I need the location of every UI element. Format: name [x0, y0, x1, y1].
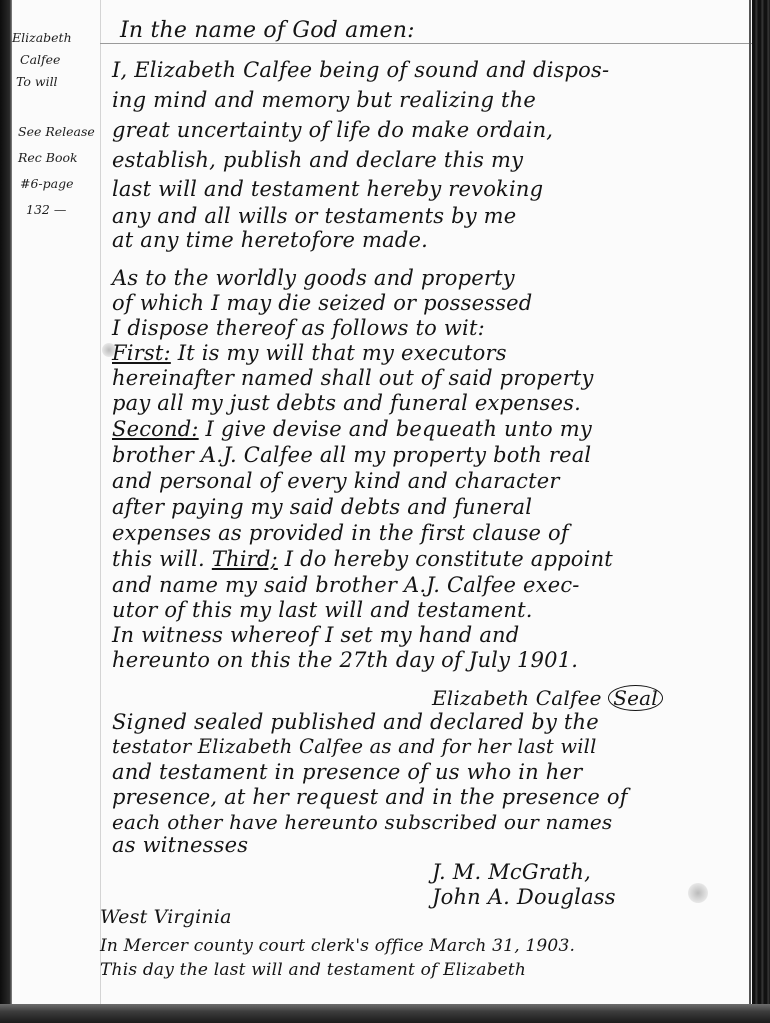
- margin-note: Calfee: [20, 52, 60, 67]
- witness-signature: John A. Douglass: [432, 885, 616, 909]
- probate-line: This day the last will and testament of …: [100, 960, 526, 980]
- attestation-line: each other have hereunto subscribed our …: [112, 810, 612, 834]
- preamble-line: at any time heretofore made.: [112, 228, 428, 252]
- body-line: expenses as provided in the first clause…: [112, 521, 569, 545]
- book-binding-right-edge: [752, 0, 770, 1023]
- margin-note: Rec Book: [18, 150, 78, 165]
- body-line: and name my said brother A.J. Calfee exe…: [112, 573, 580, 597]
- preamble-line: any and all wills or testaments by me: [112, 204, 516, 228]
- body-line-first-clause: First: It is my will that my executors: [112, 341, 507, 365]
- attestation-line: and testament in presence of us who in h…: [112, 760, 582, 784]
- body-line-second-clause: Second: I give devise and bequeath unto …: [112, 417, 592, 441]
- book-binding-left-edge: [0, 0, 12, 1005]
- margin-note: See Release: [18, 124, 95, 139]
- body-line: I dispose thereof as follows to wit:: [112, 316, 485, 340]
- clause-label-first: First:: [112, 341, 171, 365]
- body-line: hereunto on this the 27th day of July 19…: [112, 648, 578, 672]
- body-line-third-clause: this will. Third; I do hereby constitute…: [112, 547, 613, 571]
- seal-mark: Seal: [608, 685, 663, 711]
- page-smudge: [688, 883, 708, 903]
- ledger-page: Elizabeth Calfee To will See Release Rec…: [12, 0, 752, 1005]
- witness-signature: J. M. McGrath,: [432, 860, 591, 884]
- margin-note: #6-page: [20, 176, 74, 191]
- attestation-line: Signed sealed published and declared by …: [112, 710, 599, 734]
- body-line: In witness whereof I set my hand and: [112, 623, 519, 647]
- body-line: brother A.J. Calfee all my property both…: [112, 443, 591, 467]
- margin-note: 132 —: [26, 202, 66, 217]
- margin-note: To will: [16, 74, 58, 89]
- preamble-line: I, Elizabeth Calfee being of sound and d…: [112, 58, 609, 82]
- margin-rule: [100, 0, 101, 1005]
- preamble-line: great uncertainty of life do make ordain…: [112, 118, 553, 142]
- book-binding-bottom-edge: [0, 1004, 770, 1023]
- attestation-line: presence, at her request and in the pres…: [112, 785, 628, 809]
- clause-label-third: Third;: [212, 547, 278, 571]
- right-page-rule: [749, 0, 751, 1005]
- body-line: utor of this my last will and testament.: [112, 598, 533, 622]
- heading-rule: [100, 43, 752, 44]
- preamble-line: ing mind and memory but realizing the: [112, 88, 536, 112]
- body-line: As to the worldly goods and property: [112, 266, 515, 290]
- margin-note: Elizabeth: [12, 30, 72, 45]
- body-line: after paying my said debts and funeral: [112, 495, 532, 519]
- body-line: of which I may die seized or possessed: [112, 291, 532, 315]
- body-line: hereinafter named shall out of said prop…: [112, 366, 594, 390]
- body-line: and personal of every kind and character: [112, 469, 560, 493]
- attestation-line: as witnesses: [112, 833, 248, 857]
- attestation-line: testator Elizabeth Calfee as and for her…: [112, 735, 597, 758]
- body-line: pay all my just debts and funeral expens…: [112, 391, 581, 415]
- preamble-line: last will and testament hereby revoking: [112, 177, 543, 201]
- preamble-line: establish, publish and declare this my: [112, 148, 523, 172]
- state-name: West Virginia: [100, 906, 232, 928]
- testator-signature: Elizabeth Calfee Seal: [432, 686, 663, 710]
- will-heading: In the name of God amen:: [120, 18, 415, 43]
- probate-line: In Mercer county court clerk's office Ma…: [100, 936, 575, 956]
- clause-label-second: Second:: [112, 417, 199, 441]
